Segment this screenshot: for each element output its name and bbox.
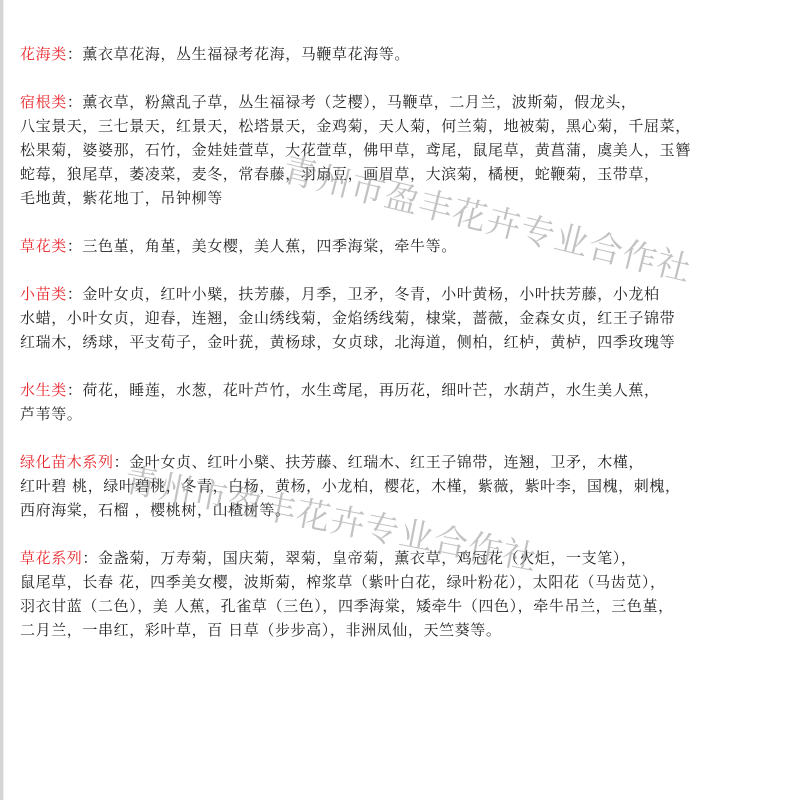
plant-catalog-document: 花海类：薰衣草花海，丛生福禄考花海，马鞭草花海等。 宿根类：薰衣草，粉黛乱子草，… [20, 42, 790, 666]
text-line: 蛇莓，狼尾草，萎凌菜，麦冬，常春藤，羽扇豆，画眉草，大滨菊，橘梗，蛇鞭菊，玉带草… [20, 162, 790, 186]
text-line: 西府海棠，石榴 ，樱桃树，山楂树等。 [20, 498, 790, 522]
section-text: ：薰衣草花海，丛生福禄考花海，马鞭草花海等。 [67, 45, 410, 63]
text-line: 宿根类：薰衣草，粉黛乱子草，丛生福禄考（芝樱），马鞭草，二月兰，波斯菊，假龙头， [20, 90, 790, 114]
text-line: 绿化苗木系列：金叶女贞、红叶小檗、扶芳藤、红瑞木、红王子锦带，连翘，卫矛，木槿， [20, 450, 790, 474]
section-flower-sea: 花海类：薰衣草花海，丛生福禄考花海，马鞭草花海等。 [20, 42, 790, 66]
section-text: ：荷花，睡莲，水葱，花叶芦竹，水生鸢尾，再历花，细叶芒，水葫芦，水生美人蕉， [67, 381, 660, 399]
text-line: 红瑞木，绣球，平支荀子，金叶莸，黄杨球，女贞球，北海道，侧柏，红栌，黄栌，四季玫… [20, 330, 790, 354]
section-seedlings: 小苗类：金叶女贞，红叶小檗，扶芳藤，月季，卫矛，冬青，小叶黄杨，小叶扶芳藤，小龙… [20, 282, 790, 354]
section-text: ：金叶女贞，红叶小檗，扶芳藤，月季，卫矛，冬青，小叶黄杨，小叶扶芳藤，小龙柏 [67, 285, 660, 303]
text-line: 二月兰，一串红，彩叶草，百 日草（步步高），非洲凤仙，天竺葵等。 [20, 618, 790, 642]
section-text: ：金盏菊，万寿菊，国庆菊，翠菊，皇帝菊，薰衣草，鸡冠花（火炬，一支笔）， [82, 549, 636, 567]
text-line: 花海类：薰衣草花海，丛生福禄考花海，马鞭草花海等。 [20, 42, 790, 66]
text-line: 松果菊，婆婆那，石竹，金娃娃萱草，大花萱草，佛甲草，鸢尾，鼠尾草，黄菖蒲，虞美人… [20, 138, 790, 162]
section-label: 花海类 [20, 45, 67, 63]
section-label: 绿化苗木系列 [20, 453, 114, 471]
text-line: 草花类：三色堇，角堇，美女樱，美人蕉，四季海棠，牵牛等。 [20, 234, 790, 258]
section-text: ：三色堇，角堇，美女樱，美人蕉，四季海棠，牵牛等。 [67, 237, 457, 255]
text-line: 芦苇等。 [20, 402, 790, 426]
text-line: 水蜡，小叶女贞，迎春，连翘，金山绣线菊，金焰绣线菊，棣棠，蔷薇，金森女贞，红王子… [20, 306, 790, 330]
section-label: 草花类 [20, 237, 67, 255]
section-aquatic: 水生类：荷花，睡莲，水葱，花叶芦竹，水生鸢尾，再历花，细叶芒，水葫芦，水生美人蕉… [20, 378, 790, 426]
text-line: 八宝景天，三七景天，红景天，松塔景天，金鸡菊，天人菊，何兰菊，地被菊，黑心菊，千… [20, 114, 790, 138]
section-label: 水生类 [20, 381, 67, 399]
section-label: 宿根类 [20, 93, 67, 111]
section-text: ：薰衣草，粉黛乱子草，丛生福禄考（芝樱），马鞭草，二月兰，波斯菊，假龙头， [67, 93, 637, 111]
section-text: ：金叶女贞、红叶小檗、扶芳藤、红瑞木、红王子锦带，连翘，卫矛，木槿， [114, 453, 644, 471]
section-herbaceous-flowers: 草花类：三色堇，角堇，美女樱，美人蕉，四季海棠，牵牛等。 [20, 234, 790, 258]
section-bedding-flowers: 草花系列：金盏菊，万寿菊，国庆菊，翠菊，皇帝菊，薰衣草，鸡冠花（火炬，一支笔），… [20, 546, 790, 642]
section-label: 小苗类 [20, 285, 67, 303]
section-label: 草花系列 [20, 549, 82, 567]
text-line: 鼠尾草，长春 花，四季美女樱，波斯菊，榨浆草（紫叶白花，绿叶粉花），太阳花（马齿… [20, 570, 790, 594]
text-line: 红叶碧 桃，绿叶碧桃，冬青，白杨，黄杨，小龙柏，樱花，木槿，紫薇，紫叶李，国槐，… [20, 474, 790, 498]
page-left-border [0, 0, 4, 800]
section-perennials: 宿根类：薰衣草，粉黛乱子草，丛生福禄考（芝樱），马鞭草，二月兰，波斯菊，假龙头，… [20, 90, 790, 210]
text-line: 毛地黄，紫花地丁，吊钟柳等 [20, 186, 790, 210]
section-greening-nursery: 绿化苗木系列：金叶女贞、红叶小檗、扶芳藤、红瑞木、红王子锦带，连翘，卫矛，木槿，… [20, 450, 790, 522]
text-line: 草花系列：金盏菊，万寿菊，国庆菊，翠菊，皇帝菊，薰衣草，鸡冠花（火炬，一支笔）， [20, 546, 790, 570]
text-line: 小苗类：金叶女贞，红叶小檗，扶芳藤，月季，卫矛，冬青，小叶黄杨，小叶扶芳藤，小龙… [20, 282, 790, 306]
text-line: 水生类：荷花，睡莲，水葱，花叶芦竹，水生鸢尾，再历花，细叶芒，水葫芦，水生美人蕉… [20, 378, 790, 402]
text-line: 羽衣甘蓝（二色），美 人蕉，孔雀草（三色），四季海棠，矮牵牛（四色），牵牛吊兰，… [20, 594, 790, 618]
